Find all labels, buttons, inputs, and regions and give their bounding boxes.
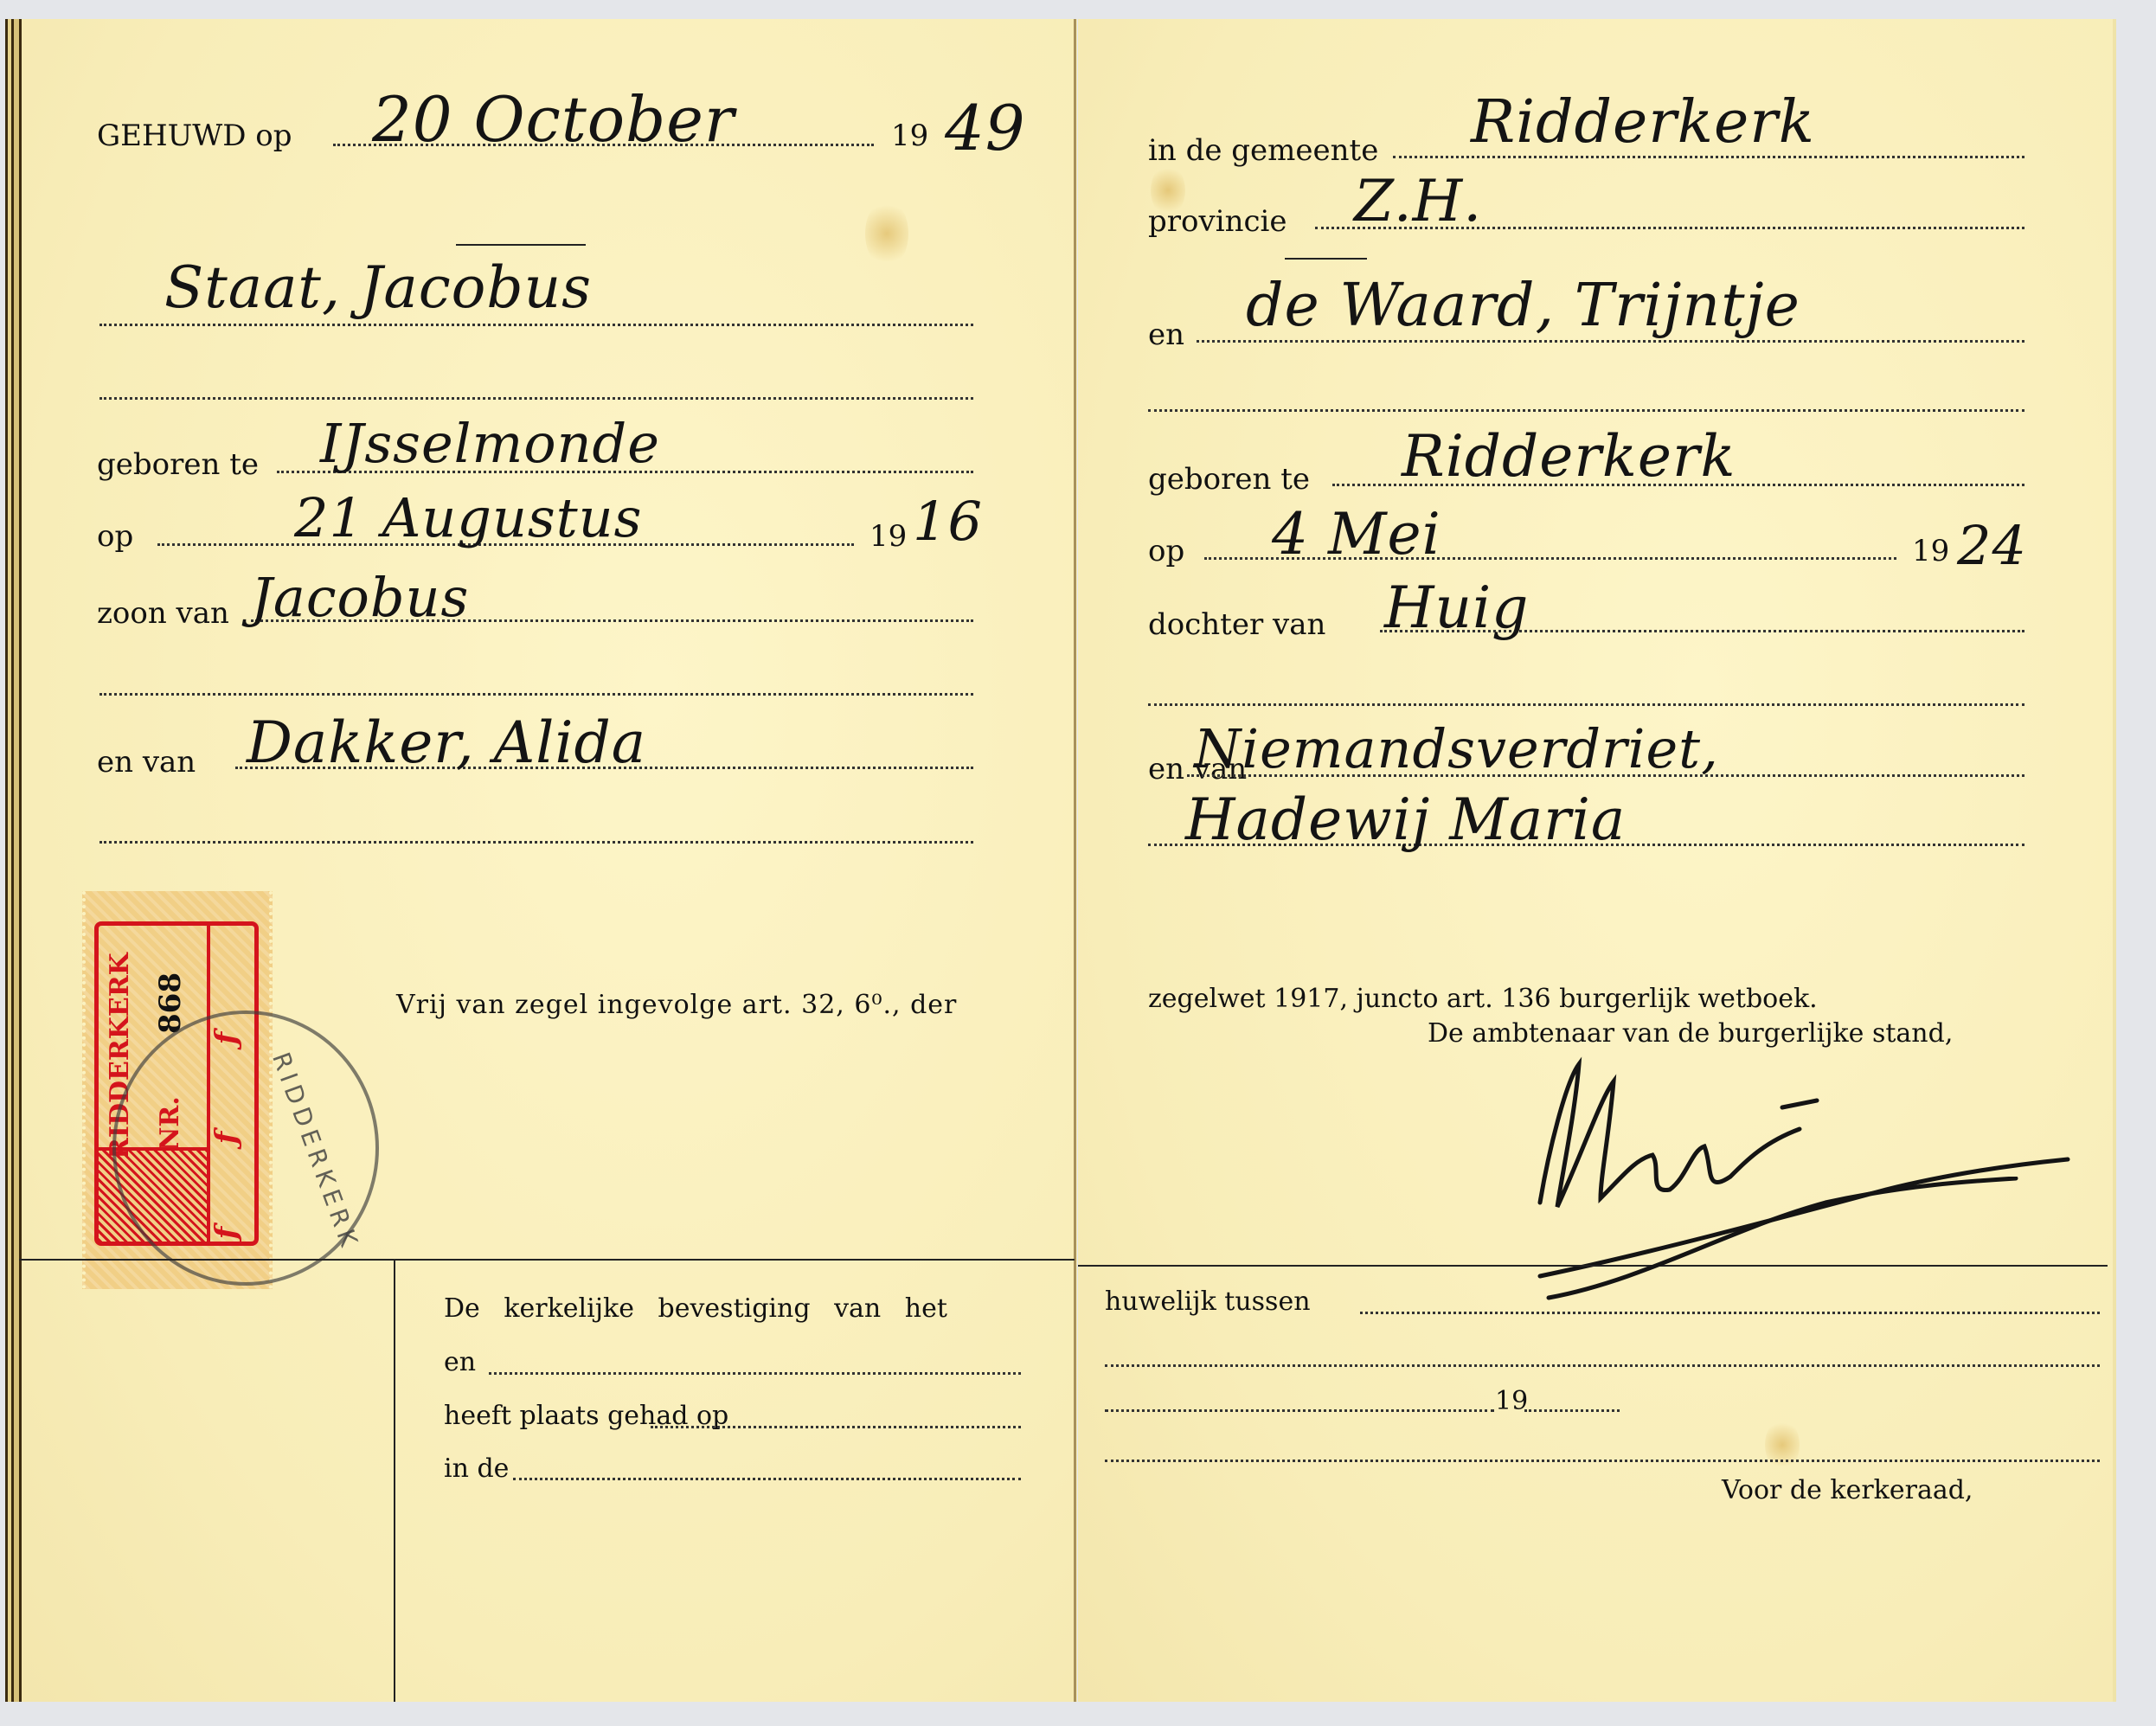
church-council-label: Voor de kerkeraad, xyxy=(1722,1478,1973,1504)
province-label: provincie xyxy=(1148,207,1287,236)
groom-name-line xyxy=(99,324,973,326)
marriage-between-line-2[interactable] xyxy=(1105,1364,2100,1367)
church-place-line[interactable] xyxy=(513,1478,1021,1480)
signature-flourish xyxy=(1540,1177,2024,1315)
groom-born-place: IJsselmonde xyxy=(320,417,660,471)
church-en-label: en xyxy=(444,1350,476,1376)
church-section-divider xyxy=(394,1259,395,1702)
groom-born-on-label: op xyxy=(97,522,133,551)
groom-father: Jacobus xyxy=(251,571,469,625)
bride-born-year-suffix: 24 xyxy=(1957,519,2027,573)
groom-born-year-suffix: 16 xyxy=(913,495,983,549)
book-spine xyxy=(1074,19,1076,1702)
groom-mother: Dakker, Alida xyxy=(247,715,646,772)
age-stain xyxy=(865,199,908,268)
church-date-line[interactable] xyxy=(651,1426,1021,1428)
church-place-line-right[interactable] xyxy=(1105,1460,2100,1462)
church-section-rule xyxy=(19,1259,1075,1261)
exemption-text: Vrij van zegel ingevolge art. 32, 6⁰., d… xyxy=(396,992,957,1018)
son-of-label: zoon van xyxy=(97,599,229,628)
church-en-line[interactable] xyxy=(489,1372,1021,1375)
church-date-line-right[interactable] xyxy=(1105,1409,1494,1412)
marriage-between-line[interactable] xyxy=(1360,1312,2100,1314)
groom-father-line-2 xyxy=(99,693,973,696)
married-year-prefix: 19 xyxy=(891,121,928,151)
groom-born-date: 21 Augustus xyxy=(294,491,642,545)
postmark-text: RIDDERKERK xyxy=(266,1049,365,1255)
bride-born-year-prefix: 19 xyxy=(1912,536,1949,566)
age-stain xyxy=(1765,1419,1800,1471)
province: Z.H. xyxy=(1354,173,1482,230)
bride-born-date: 4 Mei xyxy=(1272,506,1441,563)
groom-born-year-prefix: 19 xyxy=(869,522,907,551)
official-label: De ambtenaar van de burgerlijke stand, xyxy=(1428,1021,1953,1047)
bride-born-on-label: op xyxy=(1148,536,1184,566)
groom-born-label: geboren te xyxy=(97,450,259,479)
married-year-suffix: 49 xyxy=(945,97,1026,159)
church-year-prefix: 19 xyxy=(1495,1389,1528,1415)
daughter-of-label: dochter van xyxy=(1148,610,1325,639)
bride-name: de Waard, Trijntje xyxy=(1246,277,1800,336)
groom-mother-line-2 xyxy=(99,841,973,844)
married-date: 20 October xyxy=(372,88,735,151)
law-text: zegelwet 1917, juncto art. 136 burgerlij… xyxy=(1148,986,1818,1012)
bride-name-line-2 xyxy=(1148,409,2024,412)
bride-father: Huig xyxy=(1384,580,1529,637)
groom-name-line-2 xyxy=(99,397,973,400)
marriage-between-label: huwelijk tussen xyxy=(1105,1289,1311,1315)
bride-mother-surname: Niemandsverdriet, xyxy=(1194,722,1719,776)
church-year-line[interactable] xyxy=(1524,1409,1620,1412)
section-separator xyxy=(456,244,586,246)
bride-mother-firstnames: Hadewij Maria xyxy=(1185,792,1626,849)
church-in-de-label: in de xyxy=(444,1456,509,1482)
groom-and-of-label: en van xyxy=(97,748,196,777)
bride-father-line-2 xyxy=(1148,703,2024,706)
married-label: GEHUWD op xyxy=(97,121,292,151)
bride-en-label: en xyxy=(1148,320,1184,350)
postmark-circle: RIDDERKERK xyxy=(112,1011,379,1286)
section-separator xyxy=(1285,258,1367,260)
groom-name: Staat, Jacobus xyxy=(164,260,592,317)
bride-name-line xyxy=(1197,340,2024,343)
church-confirmation-text: De kerkelijke bevestiging van het xyxy=(444,1296,947,1322)
bride-born-place: Ridderkerk xyxy=(1402,428,1736,485)
stamp-number: 868 xyxy=(153,972,188,1034)
bride-born-label: geboren te xyxy=(1148,465,1310,494)
municipality: Ridderkerk xyxy=(1471,93,1815,152)
municipality-label: in de gemeente xyxy=(1148,136,1378,165)
